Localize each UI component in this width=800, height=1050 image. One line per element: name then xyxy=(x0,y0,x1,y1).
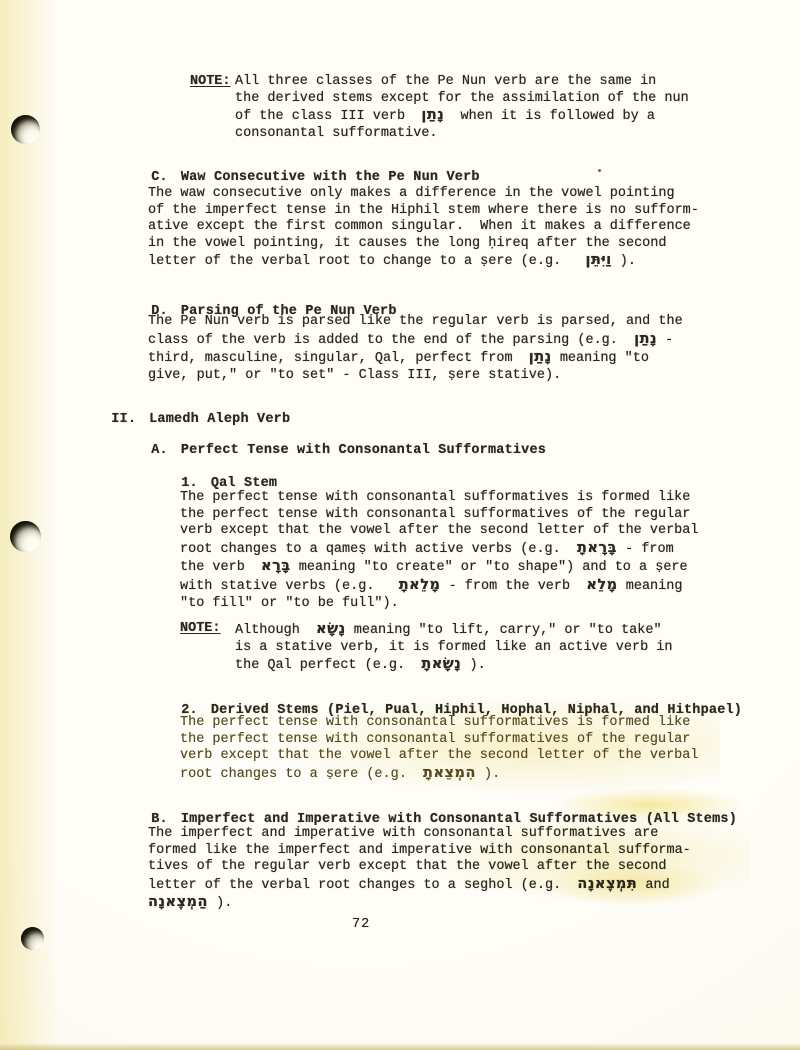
text-line: consonantal sufformative. xyxy=(235,126,689,143)
text-line: verb except that the vowel after the sec… xyxy=(180,523,698,540)
text-line: The Pe Nun verb is parsed like the regul… xyxy=(148,314,683,331)
text-line: the derived stems except for the assimil… xyxy=(235,91,689,108)
note-top-body: All three classes of the Pe Nun verb are… xyxy=(235,74,689,142)
hebrew-word: הִמְצֵאתָ xyxy=(423,765,476,781)
text-line: הַמְצֶאנָה ). xyxy=(148,894,691,913)
hebrew-word: מָלֵאתָ xyxy=(399,577,441,593)
section-c-title: Waw Consecutive with the Pe Nun Verb xyxy=(181,170,480,185)
bottom-edge-shadow xyxy=(0,1043,800,1050)
text-line: ative except the first common singular. … xyxy=(148,219,699,236)
text-line: give, put," or "to set" - Class III, ṣer… xyxy=(148,368,683,385)
section-b-title: Imperfect and Imperative with Consonanta… xyxy=(181,812,737,827)
outline-ii-label: II. xyxy=(111,412,136,427)
text-line: the verb בָּרָא meaning "to create" or "… xyxy=(180,558,698,577)
text-line: letter of the verbal root changes to a s… xyxy=(148,876,691,895)
derived-stems-paragraph: The perfect tense with consonantal suffo… xyxy=(180,715,698,783)
section-c-label: C. xyxy=(151,170,168,185)
text-line: of the imperfect tense in the Hiphil ste… xyxy=(148,203,699,220)
punch-hole-bottom xyxy=(21,927,44,950)
section-c-paragraph: The waw consecutive only makes a differe… xyxy=(148,186,699,271)
note-qal-body: Although נָשָׂא meaning "to lift, carry,… xyxy=(235,621,672,675)
text-line: letter of the verbal root to change to a… xyxy=(148,252,699,271)
text-line: the perfect tense with consonantal suffo… xyxy=(180,507,698,524)
scanned-document-page: NOTE: All three classes of the Pe Nun ve… xyxy=(0,0,800,1050)
text-line: The imperfect and imperative with conson… xyxy=(148,826,691,843)
text-line: in the vowel pointing, it causes the lon… xyxy=(148,236,699,253)
text-line: is a stative verb, it is formed like an … xyxy=(235,640,672,657)
note-top-label: NOTE: xyxy=(190,74,231,91)
hebrew-word: נָתַן xyxy=(529,349,552,365)
text-line: the Qal perfect (e.g. נָשָׂאתָ ). xyxy=(235,656,672,675)
hebrew-word: נָתַן xyxy=(421,107,444,123)
text-line: formed like the imperfect and imperative… xyxy=(148,843,691,860)
text-line: Although נָשָׂא meaning "to lift, carry,… xyxy=(235,621,672,640)
text-line: root changes to a ṣere (e.g. הִמְצֵאתָ )… xyxy=(180,765,698,784)
hebrew-word: תִּמְצֶאנָה xyxy=(577,876,637,892)
hebrew-word: מָלֵא xyxy=(586,577,617,593)
text-line: with stative verbs (e.g. מָלֵאתָ - from … xyxy=(180,577,698,596)
hebrew-word: נָשָׂאתָ xyxy=(421,656,461,672)
text-line: The waw consecutive only makes a differe… xyxy=(148,186,699,203)
section-d-paragraph: The Pe Nun verb is parsed like the regul… xyxy=(148,314,683,384)
text-line: tives of the regular verb except that th… xyxy=(148,859,691,876)
text-line: The perfect tense with consonantal suffo… xyxy=(180,715,698,732)
text-line: of the class III verb נָתַן when it is f… xyxy=(235,107,689,126)
page-number: 72 xyxy=(352,917,370,934)
hebrew-word: הַמְצֶאנָה xyxy=(148,894,208,910)
section-a-label: A. xyxy=(151,443,168,458)
item-1-label: 1. xyxy=(181,476,198,491)
text-line: "to fill" or "to be full"). xyxy=(180,596,698,613)
text-line: All three classes of the Pe Nun verb are… xyxy=(235,74,689,91)
hebrew-word: נָתַן xyxy=(634,331,657,347)
text-line: verb except that the vowel after the sec… xyxy=(180,748,698,765)
hebrew-word: וַיִּתֵּן xyxy=(585,252,611,268)
hebrew-word: בָּרָא xyxy=(261,558,291,574)
section-b-label: B. xyxy=(151,812,168,827)
section-b-paragraph: The imperfect and imperative with conson… xyxy=(148,826,691,913)
text-line: class of the verb is added to the end of… xyxy=(148,331,683,350)
text-line: root changes to a qameṣ with active verb… xyxy=(180,540,698,559)
punch-hole-middle xyxy=(10,521,41,552)
outline-ii-title: Lamedh Aleph Verb xyxy=(149,412,290,427)
ink-speck xyxy=(598,169,601,172)
note-qal-label: NOTE: xyxy=(180,621,221,638)
text-line: the perfect tense with consonantal suffo… xyxy=(180,732,698,749)
item-1-title: Qal Stem xyxy=(211,476,277,491)
hebrew-word: נָשָׂא xyxy=(316,621,346,637)
text-line: The perfect tense with consonantal suffo… xyxy=(180,490,698,507)
hebrew-word: בָּרָאתָ xyxy=(577,540,617,556)
text-line: third, masculine, singular, Qal, perfect… xyxy=(148,349,683,368)
punch-hole-top xyxy=(11,115,40,144)
qal-stem-paragraph: The perfect tense with consonantal suffo… xyxy=(180,490,698,612)
section-a-title: Perfect Tense with Consonantal Sufformat… xyxy=(181,443,546,458)
